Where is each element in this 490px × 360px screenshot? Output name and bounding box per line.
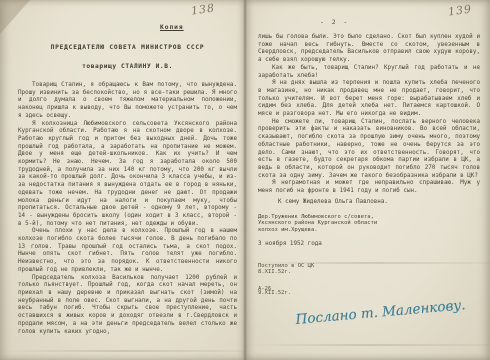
paragraph: Как же быть, товарищ Сталин? Круглый год… xyxy=(258,65,480,80)
paragraph: лишь бы голова были. Это было сделано. С… xyxy=(258,34,480,65)
addressee-name: товарищу СТАЛИНУ И.В. xyxy=(18,63,237,70)
page-seam xyxy=(243,0,247,360)
copy-label: Копия xyxy=(160,24,184,31)
paragraph: Не сможете ли, товарищ Сталин, послать в… xyxy=(258,119,480,181)
page-corner-fold xyxy=(0,0,30,34)
paragraph: Я неграмотная и может где неправильно сп… xyxy=(258,180,480,195)
handwritten-resolution-note: Послано т. Маленкову. xyxy=(295,295,486,327)
sender-address-block: Дер.Труженик Любимовского с/совета, Укся… xyxy=(258,214,480,234)
document-scan: 138 Копия ПРЕДСЕДАТЕЛЮ СОВЕТА МИНИСТРОВ … xyxy=(0,0,490,360)
ref-line: 9.ХII.52г. xyxy=(258,291,480,296)
letter-body-page-1: Товарищ Сталин, я обращаюсь к Вам потому… xyxy=(18,82,237,336)
stamp-line: 8.ХII.52г. xyxy=(258,269,480,276)
paragraph: Я колхозница Любимовского сельсовета Укс… xyxy=(18,121,237,229)
paragraph: Товарищ Сталин, я обращаюсь к Вам потому… xyxy=(18,82,237,121)
letter-body-page-2: лишь бы голова были. Это было сделано. С… xyxy=(258,34,480,196)
letter-page-1: 138 Копия ПРЕДСЕДАТЕЛЮ СОВЕТА МИНИСТРОВ … xyxy=(0,0,245,360)
paper-crease xyxy=(0,350,245,352)
paper-crease xyxy=(245,344,490,346)
handwritten-page-number: 138 xyxy=(190,1,216,17)
paper-crease xyxy=(245,262,490,264)
handwritten-page-number: 139 xyxy=(447,2,473,18)
address-line: Уксянского района Курганской области xyxy=(258,220,480,227)
date-line: 3 ноября 1952 года xyxy=(258,241,480,247)
receipt-stamp: Поступило в ОС ЦК 8.ХII.52г. xyxy=(258,263,480,276)
addressee-title: ПРЕДСЕДАТЕЛЮ СОВЕТА МИНИСТРОВ СССР xyxy=(18,44,237,51)
paragraph: Я на днях вышла из терпения и пошла купи… xyxy=(258,80,480,119)
page-2-header: - 2 - xyxy=(320,18,480,26)
paragraph: Председатель колхоза Васильков получает … xyxy=(18,275,237,337)
address-line: колхоз им.Хрущева. xyxy=(258,227,480,234)
letter-page-2: 139 - 2 - лишь бы голова были. Это было … xyxy=(245,0,490,360)
registration-reference: А-26 9.ХII.52г. xyxy=(258,287,480,296)
signature-line: К сему Жиделева Ольга Павловна. xyxy=(258,199,480,205)
paragraph: Очень плохи у нас дела в колхозе. Прошлы… xyxy=(18,228,237,274)
